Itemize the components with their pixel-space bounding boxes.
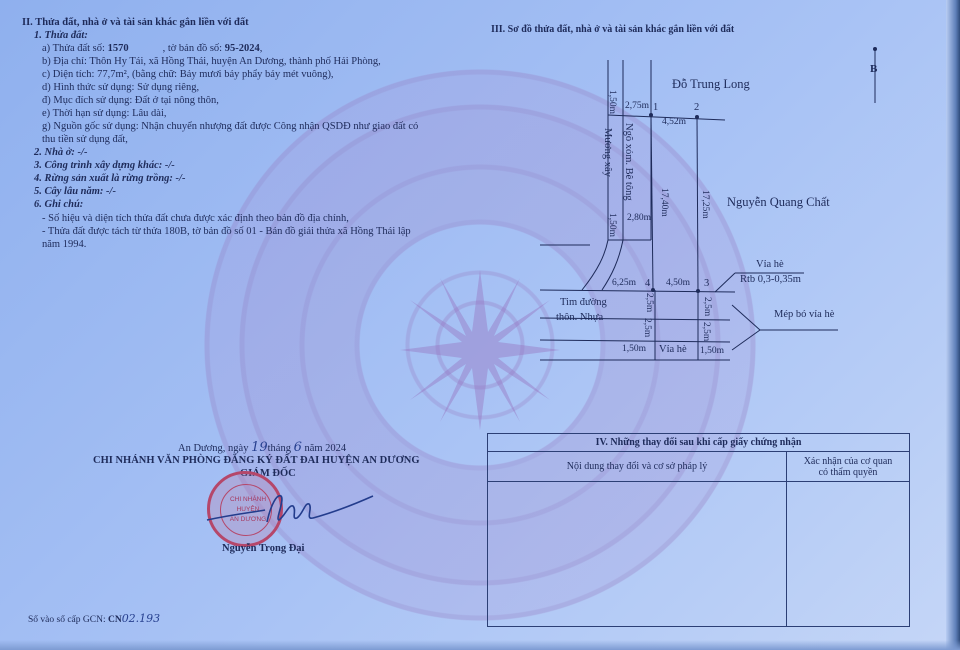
year-label: năm 2024 — [302, 443, 346, 454]
note-2-line-2: năm 1994. — [42, 238, 86, 251]
registry-label: Số vào sổ cấp GCN: — [28, 615, 108, 625]
dim-left-a: 2,5m — [644, 293, 654, 312]
dim-left-b: 2,5m — [642, 318, 652, 337]
curb-edge-label: Mép bó vỉa hè — [774, 309, 834, 320]
purpose-line: đ) Mục đích sử dụng: Đất ở tại nông thôn… — [42, 94, 219, 107]
section-ii-title: II. Thửa đất, nhà ở và tài sản khác gắn … — [22, 16, 249, 29]
month-handwritten: 6 — [294, 440, 302, 455]
place-date: An Dương, ngày 19tháng 6 năm 2024 — [178, 441, 346, 455]
agency-name: CHI NHÁNH VĂN PHÒNG ĐĂNG KÝ ĐẤT ĐAI HUYỆ… — [93, 454, 419, 467]
perennial-line: 5. Cây lâu năm: -/- — [34, 185, 116, 198]
dim-ditch-top: 1,50m — [607, 90, 617, 114]
house-line: 2. Nhà ở: -/- — [34, 146, 87, 159]
parcel-number: 1570 — [108, 43, 129, 54]
dim-sidewalk-left: 1,50m — [622, 344, 646, 354]
parcel-line: a) Thửa đất số: 1570, tờ bản đồ số: 95-2… — [42, 42, 262, 55]
month-label: tháng — [268, 443, 294, 454]
parcel-label: a) Thửa đất số: — [42, 43, 108, 54]
dim-edge-1-2: 4,52m — [662, 117, 686, 127]
road-center-line-1: Tim đường — [560, 297, 607, 308]
registry-number: 02.193 — [122, 612, 161, 625]
point-2: 2 — [694, 102, 699, 113]
confirmation-header-line-2: có thẩm quyền — [787, 467, 909, 478]
place-label: An Dương, ngày — [178, 443, 251, 454]
alley-label: Ngõ xóm. Bê tông — [623, 123, 634, 201]
origin-line-2: thu tiền sử dụng đất, — [42, 133, 128, 146]
changes-table: IV. Những thay đổi sau khi cấp giấy chứn… — [487, 433, 910, 627]
column-header-change-content: Nội dung thay đổi và cơ sở pháp lý — [488, 452, 787, 482]
point-3: 3 — [704, 278, 709, 289]
confirmation-cell — [787, 482, 910, 627]
registry-prefix: CN — [108, 615, 122, 625]
section-iii-title: III. Sơ đồ thửa đất, nhà ở và tài sản kh… — [491, 23, 734, 36]
section-iv-title: IV. Những thay đổi sau khi cấp giấy chứn… — [488, 434, 910, 452]
neighbor-east: Nguyễn Quang Chất — [727, 195, 830, 210]
sidewalk-bottom-label: Vỉa hè — [659, 344, 687, 355]
origin-line-1: g) Nguồn gốc sử dụng: Nhận chuyển nhượng… — [42, 120, 418, 133]
dim-sidewalk-right: 1,50m — [700, 346, 724, 356]
dim-ditch-bottom: 1,50m — [607, 213, 617, 237]
neighbor-north: Đỗ Trung Long — [672, 77, 750, 92]
confirmation-header-line-1: Xác nhận của cơ quan — [787, 456, 909, 467]
point-4: 4 — [645, 278, 650, 289]
construction-line: 3. Công trình xây dựng khác: -/- — [34, 159, 175, 172]
term-line: e) Thời hạn sử dụng: Lâu dài, — [42, 107, 166, 120]
page-edge-bottom — [0, 640, 960, 650]
dim-alley-top: 2,75m — [625, 101, 649, 111]
map-number: 95-2024 — [225, 43, 260, 54]
dim-edge-4-1: 17,40m — [659, 188, 669, 217]
ditch-label: Mương xây — [602, 128, 613, 177]
map-label: , tờ bản đồ số: — [163, 43, 225, 54]
column-header-confirmation: Xác nhận của cơ quan có thẩm quyền — [787, 452, 910, 482]
page-edge — [946, 0, 960, 650]
note-2-line-1: - Thửa đất được tách từ thửa 180B, tờ bả… — [42, 225, 411, 238]
road-center-line-2: thôn. Nhựa — [556, 312, 603, 323]
sidewalk-top-label: Vỉa hè — [756, 259, 784, 270]
point-1: 1 — [653, 102, 658, 113]
map-suffix: , — [260, 43, 263, 54]
day-handwritten: 19 — [251, 440, 268, 455]
note-1: - Số hiệu và diện tích thửa đất chưa đượ… — [42, 212, 349, 225]
registry-line: Số vào sổ cấp GCN: CN02.193 — [28, 612, 160, 627]
dim-west-road: 6,25m — [612, 278, 636, 288]
forest-line: 4. Rừng sản xuất là rừng trồng: -/- — [34, 172, 185, 185]
area-line: c) Diện tích: 77,7m², (bằng chữ: Bảy mươ… — [42, 68, 334, 81]
dim-right-b: 2,5m — [701, 322, 711, 341]
usage-form-line: d) Hình thức sử dụng: Sử dụng riêng, — [42, 81, 199, 94]
change-content-cell — [488, 482, 787, 627]
dim-alley-bottom: 2,80m — [627, 213, 651, 223]
sidewalk-width-label: Rtb 0,3-0,35m — [740, 274, 801, 285]
dim-edge-3-4: 4,50m — [666, 278, 690, 288]
dim-right-a: 2,5m — [702, 297, 712, 316]
signer-name: Nguyễn Trọng Đại — [222, 542, 304, 555]
signature-scribble — [205, 490, 375, 530]
dim-edge-2-3: 17,25m — [700, 190, 710, 219]
notes-heading: 6. Ghi chú: — [34, 198, 83, 211]
address-line: b) Địa chỉ: Thôn Hy Tái, xã Hồng Thái, h… — [42, 55, 381, 68]
land-heading: 1. Thửa đất: — [34, 29, 88, 42]
